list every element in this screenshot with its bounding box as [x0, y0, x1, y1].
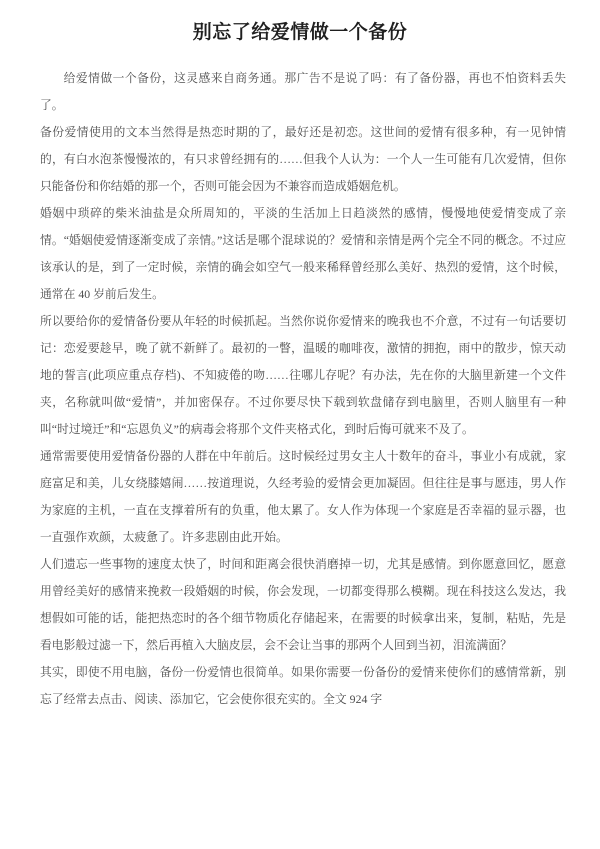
paragraph-forgetting: 人们遗忘一些事物的速度太快了，时间和距离会很快消磨掉一切，尤其是感情。到你愿意回… [40, 551, 566, 659]
document-page: 别忘了给爱情做一个备份 给爱情做一个备份，这灵感来自商务通。那广告不是说了吗：有… [0, 0, 600, 849]
paragraph-middle-age: 通常需要使用爱情备份器的人群在中年前后。这时候经过男女主人十数年的奋斗，事业小有… [40, 443, 566, 551]
document-title: 别忘了给爱情做一个备份 [0, 0, 600, 44]
paragraph-start-young: 所以要给你的爱情备份要从年轻的时候抓起。当然你说你爱情来的晚我也不介意，不过有一… [40, 308, 566, 443]
paragraph-marriage: 婚姻中琐碎的柴米油盐是众所周知的，平淡的生活加上日趋淡然的感情，慢慢地使爱情变成… [40, 200, 566, 308]
document-body: 给爱情做一个备份，这灵感来自商务通。那广告不是说了吗：有了备份器，再也不怕资料丢… [0, 65, 600, 713]
paragraph-intro: 给爱情做一个备份，这灵感来自商务通。那广告不是说了吗：有了备份器，再也不怕资料丢… [40, 65, 566, 119]
paragraph-backup-text: 备份爱情使用的文本当然得是热恋时期的了，最好还是初恋。这世间的爱情有很多种，有一… [40, 119, 566, 200]
paragraph-conclusion: 其实，即使不用电脑，备份一份爱情也很简单。如果你需要一份备份的爱情来使你们的感情… [40, 659, 566, 713]
